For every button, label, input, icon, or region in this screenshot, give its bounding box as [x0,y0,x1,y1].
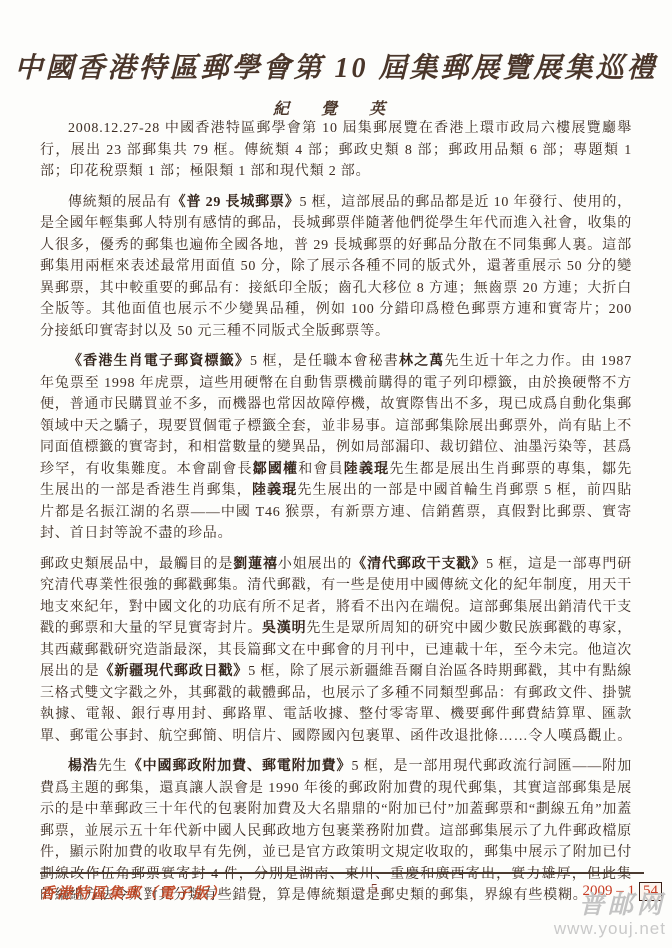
emphasized-text: 劉蓮禧 [233,557,278,572]
emphasized-text: 《清代郵政干支戳》 [352,557,486,572]
paragraph: 《香港生肖電子郵資標籤》5 框，是任職本會秘書林之萬先生近十年之力作。由 198… [40,351,632,545]
body-text: 和會員 [298,462,344,477]
body-text: 5 框，這部展品的郵品都是近 10 年發行、使用的，是全國年輕集郵人特別有感情的… [40,195,632,339]
body-text: 5 框，是任職本會秘書 [250,354,399,369]
body-text: 先生 [98,759,128,774]
author-name: 紀 覺 英 [0,96,672,119]
body-text: 小姐展出的 [278,557,352,572]
issue-label: 2009 – 1 [583,883,636,900]
emphasized-text: 陸義琨 [344,462,390,477]
journal-title: 香港特區集郵（電子版） [40,882,227,903]
emphasized-text: 楊浩 [68,759,98,774]
page-number: - 5 - [361,882,389,898]
emphasized-text: 林之萬 [399,354,445,369]
paragraph: 2008.12.27-28 中國香港特區郵學會第 10 屆集郵展覽在香港上環市政… [40,118,632,183]
body-text: 郵政史類展品中，最觸目的是 [40,557,233,572]
issue-number-box: 54 [639,882,662,901]
page-footer: 香港特區集郵（電子版） - 5 - 2009 – 1 54 [40,882,662,903]
body-text: 2008.12.27-28 中國香港特區郵學會第 10 屆集郵展覽在香港上環市政… [40,121,632,179]
emphasized-text: 陸義琨 [252,483,297,498]
issue-info: 2009 – 1 54 [583,882,663,901]
paragraph: 傳統類的展品有《普 29 長城郵票》5 框，這部展品的郵品都是近 10 年發行、… [40,192,632,343]
emphasized-text: 鄒國權 [253,462,299,477]
watermark-url: www.youj.net [554,919,666,938]
document-title: 中國香港特區郵學會第 10 屆集郵展覽展集巡禮 [0,0,672,86]
emphasized-text: 吳漢明 [262,621,306,636]
emphasized-text: 《香港生肖電子郵資標籤》 [68,354,250,369]
body-text: 傳統類的展品有 [68,195,172,210]
article-body: 2008.12.27-28 中國香港特區郵學會第 10 屆集郵展覽在香港上環市政… [40,118,632,916]
emphasized-text: 《新疆現代郵政日戳》 [99,664,248,679]
paragraph: 郵政史類展品中，最觸目的是劉蓮禧小姐展出的《清代郵政干支戳》5 框，這是一部專門… [40,554,632,748]
footer-divider [40,872,644,874]
emphasized-text: 《中國郵政附加費、郵電附加費》 [128,759,352,774]
document-page: 中國香港特區郵學會第 10 屆集郵展覽展集巡禮 紀 覺 英 2008.12.27… [0,0,672,948]
emphasized-text: 《普 29 長城郵票》 [172,195,300,210]
body-text: 先生近十年之力作。由 1987 年兔票至 1998 年虎票，這些用硬幣在自動售票… [40,354,632,477]
